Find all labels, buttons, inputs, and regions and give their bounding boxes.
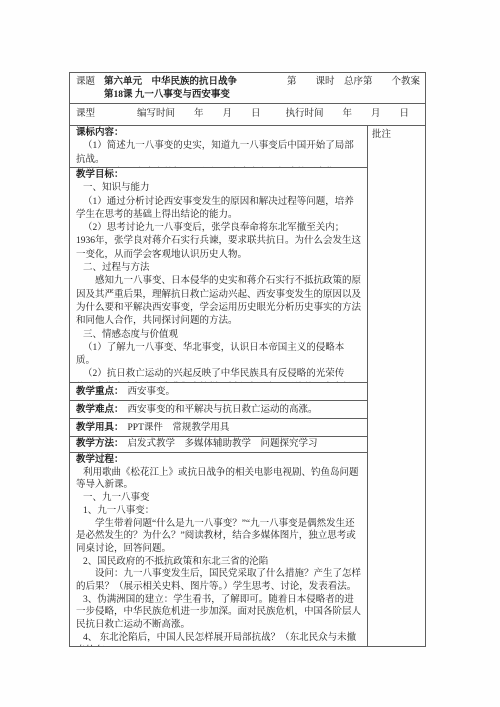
objectives-paragraph: （1）了解九一八事变、华北事变，认识日本帝国主义的侵略本质。 — [76, 342, 362, 369]
key-point-text: 西安事变。 — [128, 387, 176, 397]
teaching-methods-text: 启发式教学 多媒体辅助教学 问题探究学习 — [128, 439, 318, 449]
process-paragraph: 一、九一八事变 — [76, 492, 362, 505]
teaching-process-cell: 教学过程： 利用歌曲《松花江上》或抗日战争的相关电影电视剧、钓鱼岛问题等导入新课… — [70, 453, 367, 646]
header-row: 课题 第六单元 中华民族的抗日战争 第18课 九一八事变与西安事变 第 课时 总… — [70, 73, 425, 104]
exec-time-field: 执行时间 年 月 日 — [285, 108, 409, 121]
main-column: 课标内容： （1）简述九一八事变的史实，知道九一八事变后中国开始了局部抗战。 （… — [70, 126, 368, 646]
lesson-plan-page: 课题 第六单元 中华民族的抗日战争 第18课 九一八事变与西安事变 第 课时 总… — [0, 0, 500, 707]
process-paragraph: 学生带着问题“什么是九一八事变？”“九一八事变是偶然发生还是必然发生的？为什么？… — [76, 518, 362, 556]
objectives-paragraph: 三、情感态度与价值观 — [76, 329, 362, 342]
objectives-paragraph: （1）通过分析讨论西安事变发生的原因和解决过程等问题，培养学生在思考的基础上得出… — [76, 196, 362, 223]
standards-item: （1）简述九一八事变的史实，知道九一八事变后中国开始了局部抗战。 — [76, 140, 362, 167]
objectives-cell: 教学目标： 一、知识与能力 （1）通过分析讨论西安事变发生的原因和解决过程等问题… — [70, 168, 367, 383]
key-point-row: 教学重点：西安事变。 — [70, 383, 367, 401]
unit-title: 第六单元 中华民族的抗日战争 — [104, 76, 287, 89]
title-block: 第六单元 中华民族的抗日战争 第18课 九一八事变与西安事变 — [104, 76, 287, 103]
objectives-paragraph: 感知九一八事变、日本侵华的史实和蒋介石实行不抵抗政策的原因及其严重后果，理解抗日… — [76, 275, 362, 328]
annotation-column: 批注 — [368, 126, 425, 646]
annotation-label: 批注 — [372, 130, 391, 140]
table-body: 课标内容： （1）简述九一八事变的史实，知道九一八事变后中国开始了局部抗战。 （… — [70, 126, 425, 646]
teaching-methods-row: 教学方法：启发式教学 多媒体辅助教学 问题探究学习 — [70, 437, 367, 453]
objectives-label: 教学目标： — [76, 169, 362, 182]
objectives-paragraph: （2）思考讨论九一八事变后，张学良奉命将东北军撤至关内；1936年，张学良对蒋介… — [76, 222, 362, 262]
process-paragraph: 4、 东北沦陷后，中国人民怎样展开局部抗战？（东北民众与未撤走的东 — [76, 632, 362, 646]
process-paragraph: 2、国民政府的不抵抗政策和东北三省的沦陷 — [76, 556, 362, 569]
difficult-point-row: 教学难点：西安事变的和平解决与抗日救亡运动的高涨。 — [70, 401, 367, 419]
difficult-point-text: 西安事变的和平解决与抗日救亡运动的高涨。 — [128, 405, 318, 415]
teaching-methods-label: 教学方法： — [76, 439, 124, 449]
key-point-label: 教学重点： — [76, 387, 124, 397]
topic-label: 课题 — [76, 76, 95, 103]
process-paragraph: 1、九一八事变： — [76, 505, 362, 518]
process-paragraph: 设问：九一八事变发生后，国民党采取了什么措施？产生了怎样的后果？（展示相关史料、… — [76, 568, 362, 593]
lesson-title: 第18课 九一八事变与西安事变 — [104, 89, 287, 102]
meta-row: 课型 编写时间 年 月 日 执行时间 年 月 日 — [70, 104, 425, 126]
teaching-tools-text: PPT课件 常规教学用具 — [128, 423, 230, 433]
process-paragraph: 3、伪满洲国的建立：学生看书，了解即可。随着日本侵略者的进一步侵略，中华民族危机… — [76, 594, 362, 632]
standards-cell: 课标内容： （1）简述九一八事变的史实，知道九一八事变后中国开始了局部抗战。 （… — [70, 126, 367, 168]
teaching-tools-label: 教学用具： — [76, 423, 124, 433]
objectives-paragraph: 一、知识与能力 — [76, 182, 362, 195]
course-type-label: 课型 — [76, 108, 95, 121]
difficult-point-label: 教学难点： — [76, 405, 124, 415]
period-info: 第 课时 总序第 个教案 — [287, 76, 420, 103]
objectives-paragraph: 二、过程与方法 — [76, 262, 362, 275]
objectives-paragraph: （2）抗日救亡运动的兴起反映了中华民族具有反侵略的光荣传统，当代青少年应以先辈们… — [76, 368, 362, 383]
teaching-tools-row: 教学用具：PPT课件 常规教学用具 — [70, 419, 367, 437]
teaching-process-label: 教学过程： — [76, 454, 362, 467]
lesson-plan-table: 课题 第六单元 中华民族的抗日战争 第18课 九一八事变与西安事变 第 课时 总… — [69, 72, 426, 647]
process-paragraph: 利用歌曲《松花江上》或抗日战争的相关电影电视剧、钓鱼岛问题等导入新课。 — [76, 467, 362, 492]
write-time-field: 编写时间 年 月 日 — [113, 108, 261, 121]
standards-label: 课标内容： — [76, 127, 362, 140]
